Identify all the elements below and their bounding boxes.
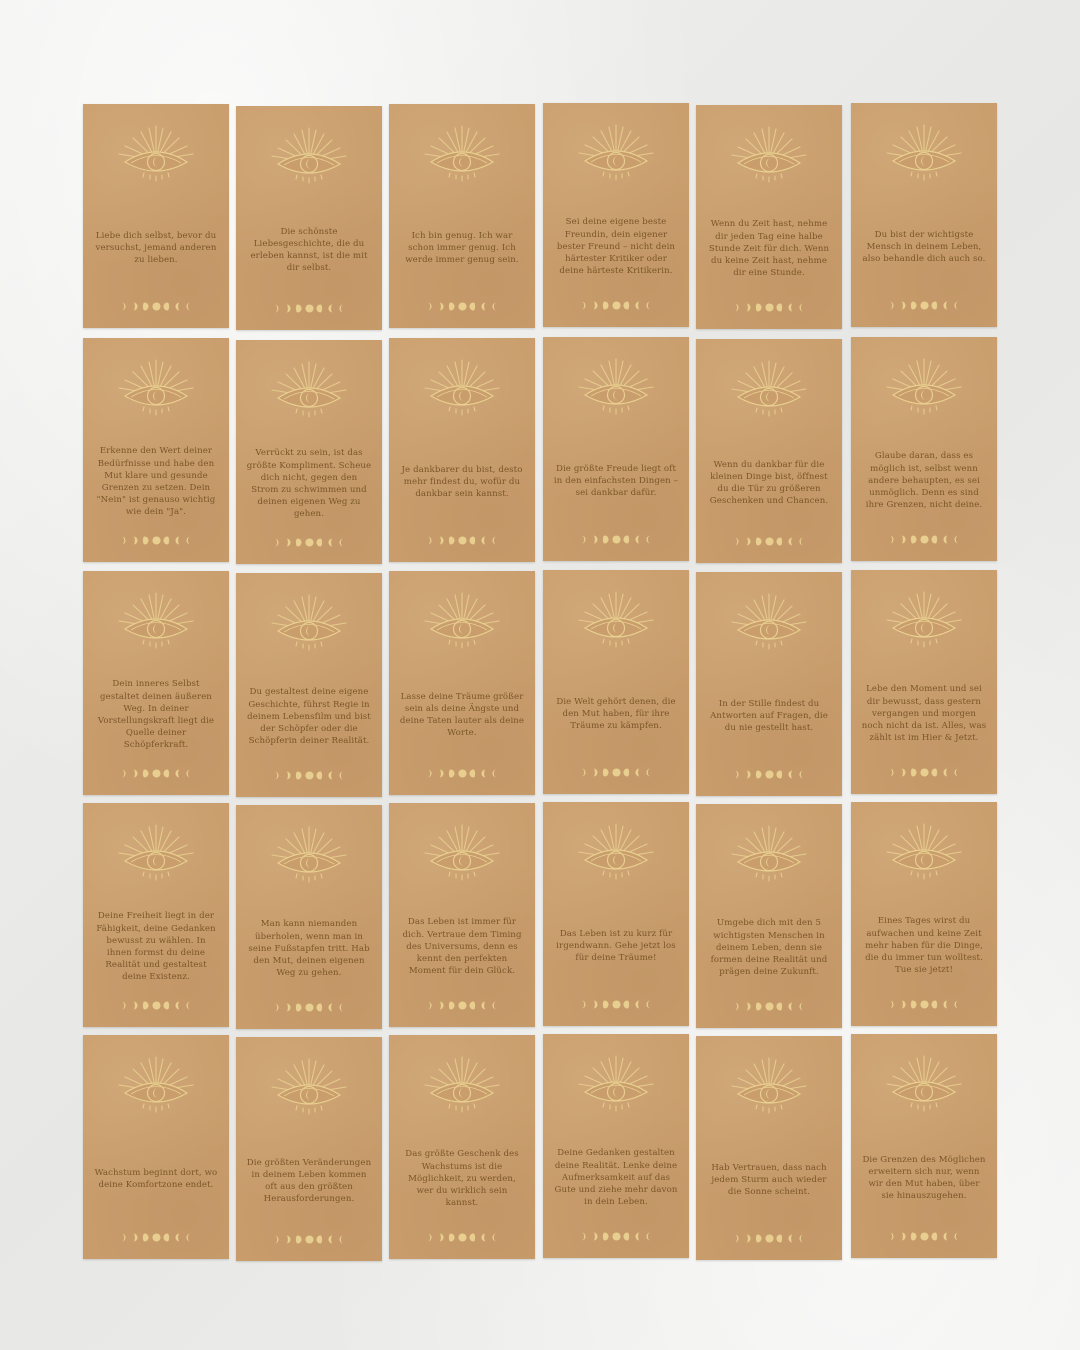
eye-with-sunrays-icon — [879, 590, 969, 650]
waxing-gibbous-icon — [600, 768, 609, 777]
moon-phases — [543, 1232, 689, 1244]
affirmation-text: Hab Vertrauen, dass nach jedem Sturm auc… — [706, 1132, 832, 1228]
first-quarter-icon — [742, 1234, 751, 1243]
waxing-crescent-icon — [117, 769, 126, 778]
waxing-crescent-icon — [577, 1000, 586, 1009]
waxing-gibbous-icon — [753, 770, 762, 779]
affirmation-card-3: Ich bin genug. Ich war schon immer genug… — [389, 104, 535, 328]
full-moon-icon — [920, 768, 929, 777]
waxing-gibbous-icon — [140, 769, 149, 778]
waxing-crescent-icon — [270, 771, 279, 780]
eye-with-sunrays-icon — [264, 360, 354, 420]
waxing-gibbous-icon — [600, 301, 609, 310]
waning-crescent-icon — [799, 537, 808, 546]
moon-phases — [236, 1235, 382, 1247]
moon-phases — [83, 1233, 229, 1245]
last-quarter-icon — [328, 1003, 337, 1012]
moon-phases — [696, 537, 842, 549]
first-quarter-icon — [282, 1003, 291, 1012]
waxing-crescent-icon — [117, 1233, 126, 1242]
eye-with-sunrays-icon — [111, 1055, 201, 1115]
waning-crescent-icon — [339, 1003, 348, 1012]
affirmation-card-19: Deine Freiheit liegt in der Fähigkeit, d… — [83, 803, 229, 1027]
full-moon-icon — [152, 302, 161, 311]
eye-with-sunrays-icon — [879, 1054, 969, 1114]
waning-gibbous-icon — [623, 1000, 632, 1009]
first-quarter-icon — [897, 535, 906, 544]
affirmation-card-7: Erkenne den Wert deiner Bedürfnisse und … — [83, 338, 229, 562]
waxing-crescent-icon — [730, 1234, 739, 1243]
waning-gibbous-icon — [931, 535, 940, 544]
affirmation-card-18: Lebe den Moment und sei dir bewusst, das… — [851, 570, 997, 794]
affirmation-text: Wenn du Zeit hast, nehme dir jeden Tag e… — [706, 201, 832, 297]
waxing-crescent-icon — [577, 301, 586, 310]
waning-gibbous-icon — [469, 536, 478, 545]
full-moon-icon — [765, 303, 774, 312]
waning-crescent-icon — [492, 536, 501, 545]
eye-with-sunrays-icon — [724, 1056, 814, 1116]
affirmation-text: Die Grenzen des Möglichen erweitern sich… — [861, 1130, 987, 1226]
waxing-crescent-icon — [270, 1003, 279, 1012]
moon-phases — [851, 535, 997, 547]
waxing-crescent-icon — [270, 1235, 279, 1244]
affirmation-text: Wachstum beginnt dort, wo deine Komfortz… — [93, 1131, 219, 1227]
last-quarter-icon — [943, 301, 952, 310]
affirmation-card-12: Glaube daran, dass es möglich ist, selbs… — [851, 337, 997, 561]
last-quarter-icon — [481, 302, 490, 311]
waning-crescent-icon — [799, 1002, 808, 1011]
waxing-crescent-icon — [423, 1233, 432, 1242]
first-quarter-icon — [129, 1001, 138, 1010]
waxing-crescent-icon — [885, 768, 894, 777]
affirmation-text: Verrückt zu sein, ist das größte Komplim… — [246, 436, 372, 532]
waxing-crescent-icon — [270, 304, 279, 313]
waning-crescent-icon — [954, 768, 963, 777]
last-quarter-icon — [788, 1234, 797, 1243]
full-moon-icon — [305, 304, 314, 313]
affirmation-card-1: Liebe dich selbst, bevor du versuchst, j… — [83, 104, 229, 328]
last-quarter-icon — [943, 1000, 952, 1009]
affirmation-card-13: Dein inneres Selbst gestaltet deinen äuß… — [83, 571, 229, 795]
affirmation-text: Das Leben ist immer für dich. Vertraue d… — [399, 899, 525, 995]
affirmation-text: Lebe den Moment und sei dir bewusst, das… — [861, 666, 987, 762]
full-moon-icon — [458, 1233, 467, 1242]
waning-gibbous-icon — [623, 1232, 632, 1241]
full-moon-icon — [920, 1232, 929, 1241]
full-moon-icon — [305, 1235, 314, 1244]
affirmation-text: Die größten Veränderungen in deinem Lebe… — [246, 1133, 372, 1229]
first-quarter-icon — [897, 1232, 906, 1241]
eye-with-sunrays-icon — [571, 123, 661, 183]
last-quarter-icon — [175, 536, 184, 545]
last-quarter-icon — [175, 1233, 184, 1242]
first-quarter-icon — [589, 768, 598, 777]
last-quarter-icon — [788, 537, 797, 546]
waning-crescent-icon — [339, 771, 348, 780]
waning-crescent-icon — [799, 303, 808, 312]
last-quarter-icon — [788, 770, 797, 779]
full-moon-icon — [458, 536, 467, 545]
waxing-crescent-icon — [577, 535, 586, 544]
affirmation-text: In der Stille findest du Antworten auf F… — [706, 668, 832, 764]
full-moon-icon — [612, 768, 621, 777]
first-quarter-icon — [897, 1000, 906, 1009]
affirmation-text: Deine Freiheit liegt in der Fähigkeit, d… — [93, 899, 219, 995]
full-moon-icon — [612, 301, 621, 310]
waxing-crescent-icon — [577, 1232, 586, 1241]
moon-phases — [389, 536, 535, 548]
eye-with-sunrays-icon — [264, 1057, 354, 1117]
eye-with-sunrays-icon — [264, 126, 354, 186]
waning-gibbous-icon — [931, 768, 940, 777]
full-moon-icon — [458, 769, 467, 778]
eye-with-sunrays-icon — [417, 124, 507, 184]
full-moon-icon — [765, 770, 774, 779]
moon-phases — [389, 1001, 535, 1013]
eye-with-sunrays-icon — [111, 124, 201, 184]
full-moon-icon — [458, 1001, 467, 1010]
waxing-gibbous-icon — [140, 536, 149, 545]
waxing-gibbous-icon — [293, 771, 302, 780]
waxing-gibbous-icon — [446, 769, 455, 778]
moon-phases — [389, 769, 535, 781]
last-quarter-icon — [175, 302, 184, 311]
affirmation-text: Du bist der wichtigste Mensch in deinem … — [861, 199, 987, 295]
first-quarter-icon — [589, 1232, 598, 1241]
waxing-gibbous-icon — [908, 768, 917, 777]
waning-gibbous-icon — [316, 771, 325, 780]
moon-phases — [543, 1000, 689, 1012]
waxing-gibbous-icon — [753, 1002, 762, 1011]
affirmation-card-6: Du bist der wichtigste Mensch in deinem … — [851, 103, 997, 327]
eye-with-sunrays-icon — [724, 359, 814, 419]
waxing-gibbous-icon — [753, 1234, 762, 1243]
eye-with-sunrays-icon — [571, 357, 661, 417]
full-moon-icon — [612, 1232, 621, 1241]
waning-gibbous-icon — [163, 536, 172, 545]
waxing-gibbous-icon — [293, 304, 302, 313]
first-quarter-icon — [742, 1002, 751, 1011]
waning-crescent-icon — [646, 301, 655, 310]
waning-crescent-icon — [646, 1232, 655, 1241]
affirmation-card-20: Man kann niemanden überholen, wenn man i… — [236, 805, 382, 1029]
last-quarter-icon — [943, 768, 952, 777]
waning-crescent-icon — [186, 536, 195, 545]
waning-crescent-icon — [339, 304, 348, 313]
first-quarter-icon — [129, 769, 138, 778]
waning-crescent-icon — [186, 1001, 195, 1010]
affirmation-card-2: Die schönste Liebesgeschichte, die du er… — [236, 106, 382, 330]
waning-gibbous-icon — [316, 304, 325, 313]
affirmation-text: Das Leben ist zu kurz für irgendwann. Ge… — [553, 898, 679, 994]
moon-phases — [851, 1000, 997, 1012]
affirmation-card-30: Die Grenzen des Möglichen erweitern sich… — [851, 1034, 997, 1258]
affirmation-card-21: Das Leben ist immer für dich. Vertraue d… — [389, 803, 535, 1027]
first-quarter-icon — [435, 1233, 444, 1242]
eye-with-sunrays-icon — [264, 825, 354, 885]
affirmation-text: Liebe dich selbst, bevor du versuchst, j… — [93, 200, 219, 296]
last-quarter-icon — [328, 771, 337, 780]
waxing-crescent-icon — [423, 1001, 432, 1010]
moon-phases — [83, 769, 229, 781]
first-quarter-icon — [435, 769, 444, 778]
waning-crescent-icon — [954, 301, 963, 310]
waning-gibbous-icon — [469, 769, 478, 778]
full-moon-icon — [152, 1233, 161, 1242]
waning-crescent-icon — [492, 769, 501, 778]
affirmation-card-27: Das größte Geschenk des Wachstums ist di… — [389, 1035, 535, 1259]
moon-phases — [236, 304, 382, 316]
first-quarter-icon — [435, 1001, 444, 1010]
waning-gibbous-icon — [623, 768, 632, 777]
waxing-gibbous-icon — [140, 1233, 149, 1242]
waning-gibbous-icon — [316, 538, 325, 547]
eye-with-sunrays-icon — [724, 592, 814, 652]
waxing-crescent-icon — [423, 302, 432, 311]
waning-crescent-icon — [954, 1232, 963, 1241]
moon-phases — [696, 1234, 842, 1246]
waxing-crescent-icon — [117, 536, 126, 545]
moon-phases — [543, 301, 689, 313]
waxing-gibbous-icon — [140, 302, 149, 311]
moon-phases — [543, 768, 689, 780]
waxing-gibbous-icon — [446, 1233, 455, 1242]
eye-with-sunrays-icon — [724, 824, 814, 884]
waxing-crescent-icon — [730, 770, 739, 779]
waning-gibbous-icon — [931, 1000, 940, 1009]
eye-with-sunrays-icon — [724, 125, 814, 185]
waning-crescent-icon — [492, 302, 501, 311]
first-quarter-icon — [897, 301, 906, 310]
moon-phases — [851, 768, 997, 780]
moon-phases — [389, 1233, 535, 1245]
eye-with-sunrays-icon — [111, 823, 201, 883]
full-moon-icon — [765, 1002, 774, 1011]
waning-gibbous-icon — [469, 1233, 478, 1242]
eye-with-sunrays-icon — [571, 590, 661, 650]
waning-gibbous-icon — [623, 301, 632, 310]
affirmation-text: Je dankbarer du bist, desto mehr findest… — [399, 434, 525, 530]
full-moon-icon — [920, 301, 929, 310]
first-quarter-icon — [282, 304, 291, 313]
affirmation-card-28: Deine Gedanken gestalten deine Realität.… — [543, 1034, 689, 1258]
affirmation-text: Lasse deine Träume größer sein als deine… — [399, 667, 525, 763]
eye-with-sunrays-icon — [264, 593, 354, 653]
last-quarter-icon — [328, 538, 337, 547]
waxing-gibbous-icon — [753, 537, 762, 546]
first-quarter-icon — [129, 1233, 138, 1242]
first-quarter-icon — [589, 1000, 598, 1009]
waning-gibbous-icon — [316, 1235, 325, 1244]
affirmation-card-15: Lasse deine Träume größer sein als deine… — [389, 571, 535, 795]
affirmation-card-26: Die größten Veränderungen in deinem Lebe… — [236, 1037, 382, 1261]
waxing-gibbous-icon — [293, 1235, 302, 1244]
moon-phases — [851, 1232, 997, 1244]
eye-with-sunrays-icon — [879, 822, 969, 882]
moon-phases — [696, 303, 842, 315]
waning-crescent-icon — [646, 1000, 655, 1009]
affirmation-card-23: Umgebe dich mit den 5 wichtigsten Mensch… — [696, 804, 842, 1028]
waxing-gibbous-icon — [908, 1000, 917, 1009]
waxing-crescent-icon — [423, 769, 432, 778]
eye-with-sunrays-icon — [571, 1054, 661, 1114]
affirmation-text: Eines Tages wirst du aufwachen und keine… — [861, 898, 987, 994]
affirmation-text: Man kann niemanden überholen, wenn man i… — [246, 901, 372, 997]
affirmation-text: Erkenne den Wert deiner Bedürfnisse und … — [93, 434, 219, 530]
moon-phases — [83, 1001, 229, 1013]
waning-gibbous-icon — [163, 302, 172, 311]
full-moon-icon — [305, 771, 314, 780]
first-quarter-icon — [742, 303, 751, 312]
first-quarter-icon — [435, 536, 444, 545]
waxing-gibbous-icon — [293, 1003, 302, 1012]
waning-gibbous-icon — [776, 537, 785, 546]
waning-gibbous-icon — [931, 1232, 940, 1241]
waning-crescent-icon — [339, 538, 348, 547]
last-quarter-icon — [635, 1232, 644, 1241]
waning-crescent-icon — [954, 1000, 963, 1009]
first-quarter-icon — [589, 301, 598, 310]
last-quarter-icon — [175, 769, 184, 778]
moon-phases — [236, 771, 382, 783]
moon-phases — [696, 1002, 842, 1014]
waning-crescent-icon — [186, 769, 195, 778]
waxing-gibbous-icon — [908, 535, 917, 544]
affirmation-card-29: Hab Vertrauen, dass nach jedem Sturm auc… — [696, 1036, 842, 1260]
waning-gibbous-icon — [469, 302, 478, 311]
first-quarter-icon — [282, 771, 291, 780]
affirmation-text: Die Welt gehört denen, die den Mut haben… — [553, 666, 679, 762]
full-moon-icon — [152, 1001, 161, 1010]
last-quarter-icon — [943, 535, 952, 544]
waning-crescent-icon — [492, 1233, 501, 1242]
first-quarter-icon — [435, 302, 444, 311]
eye-with-sunrays-icon — [571, 822, 661, 882]
last-quarter-icon — [788, 303, 797, 312]
waxing-gibbous-icon — [446, 1001, 455, 1010]
affirmation-text: Glaube daran, dass es möglich ist, selbs… — [861, 433, 987, 529]
eye-with-sunrays-icon — [111, 591, 201, 651]
waning-gibbous-icon — [776, 303, 785, 312]
full-moon-icon — [458, 302, 467, 311]
full-moon-icon — [920, 535, 929, 544]
full-moon-icon — [152, 536, 161, 545]
waxing-crescent-icon — [423, 536, 432, 545]
first-quarter-icon — [282, 1235, 291, 1244]
moon-phases — [543, 535, 689, 547]
first-quarter-icon — [129, 302, 138, 311]
last-quarter-icon — [328, 1235, 337, 1244]
moon-phases — [236, 1003, 382, 1015]
last-quarter-icon — [481, 1001, 490, 1010]
waning-crescent-icon — [646, 535, 655, 544]
waxing-crescent-icon — [577, 768, 586, 777]
full-moon-icon — [152, 769, 161, 778]
affirmation-text: Wenn du dankbar für die kleinen Dinge bi… — [706, 435, 832, 531]
waxing-crescent-icon — [885, 1000, 894, 1009]
full-moon-icon — [612, 535, 621, 544]
affirmation-text: Dein inneres Selbst gestaltet deinen äuß… — [93, 667, 219, 763]
affirmation-card-5: Wenn du Zeit hast, nehme dir jeden Tag e… — [696, 105, 842, 329]
waxing-crescent-icon — [730, 537, 739, 546]
waning-crescent-icon — [954, 535, 963, 544]
affirmation-text: Die größte Freude liegt oft in den einfa… — [553, 433, 679, 529]
affirmation-card-22: Das Leben ist zu kurz für irgendwann. Ge… — [543, 802, 689, 1026]
last-quarter-icon — [175, 1001, 184, 1010]
last-quarter-icon — [635, 301, 644, 310]
first-quarter-icon — [742, 537, 751, 546]
affirmation-text: Deine Gedanken gestalten deine Realität.… — [553, 1130, 679, 1226]
waning-crescent-icon — [186, 1233, 195, 1242]
waxing-gibbous-icon — [908, 1232, 917, 1241]
first-quarter-icon — [129, 536, 138, 545]
first-quarter-icon — [589, 535, 598, 544]
waning-gibbous-icon — [623, 535, 632, 544]
affirmation-card-14: Du gestaltest deine eigene Geschichte, f… — [236, 573, 382, 797]
last-quarter-icon — [943, 1232, 952, 1241]
affirmation-text: Umgebe dich mit den 5 wichtigsten Mensch… — [706, 900, 832, 996]
affirmation-card-17: In der Stille findest du Antworten auf F… — [696, 572, 842, 796]
waning-gibbous-icon — [931, 301, 940, 310]
full-moon-icon — [305, 538, 314, 547]
eye-with-sunrays-icon — [111, 358, 201, 418]
last-quarter-icon — [481, 536, 490, 545]
eye-with-sunrays-icon — [879, 357, 969, 417]
eye-with-sunrays-icon — [417, 358, 507, 418]
affirmation-text: Die schönste Liebesgeschichte, die du er… — [246, 202, 372, 298]
full-moon-icon — [765, 1234, 774, 1243]
last-quarter-icon — [635, 535, 644, 544]
full-moon-icon — [612, 1000, 621, 1009]
affirmation-card-11: Wenn du dankbar für die kleinen Dinge bi… — [696, 339, 842, 563]
last-quarter-icon — [481, 769, 490, 778]
affirmation-text: Ich bin genug. Ich war schon immer genug… — [399, 200, 525, 296]
eye-with-sunrays-icon — [417, 1055, 507, 1115]
waning-gibbous-icon — [163, 769, 172, 778]
waning-gibbous-icon — [776, 1234, 785, 1243]
eye-with-sunrays-icon — [417, 823, 507, 883]
waxing-gibbous-icon — [753, 303, 762, 312]
waxing-gibbous-icon — [446, 302, 455, 311]
waning-crescent-icon — [186, 302, 195, 311]
waning-crescent-icon — [799, 770, 808, 779]
affirmation-text: Sei deine eigene beste Freundin, dein ei… — [553, 199, 679, 295]
full-moon-icon — [765, 537, 774, 546]
affirmation-card-16: Die Welt gehört denen, die den Mut haben… — [543, 570, 689, 794]
full-moon-icon — [305, 1003, 314, 1012]
last-quarter-icon — [481, 1233, 490, 1242]
moon-phases — [389, 302, 535, 314]
waning-gibbous-icon — [776, 1002, 785, 1011]
waxing-gibbous-icon — [908, 301, 917, 310]
waxing-crescent-icon — [730, 303, 739, 312]
waning-crescent-icon — [646, 768, 655, 777]
waxing-crescent-icon — [885, 301, 894, 310]
waxing-gibbous-icon — [600, 535, 609, 544]
first-quarter-icon — [897, 768, 906, 777]
waxing-crescent-icon — [730, 1002, 739, 1011]
waxing-gibbous-icon — [293, 538, 302, 547]
moon-phases — [696, 770, 842, 782]
waning-gibbous-icon — [163, 1233, 172, 1242]
moon-phases — [83, 302, 229, 314]
waning-gibbous-icon — [776, 770, 785, 779]
last-quarter-icon — [635, 1000, 644, 1009]
affirmation-card-4: Sei deine eigene beste Freundin, dein ei… — [543, 103, 689, 327]
last-quarter-icon — [328, 304, 337, 313]
waxing-gibbous-icon — [140, 1001, 149, 1010]
waning-gibbous-icon — [316, 1003, 325, 1012]
